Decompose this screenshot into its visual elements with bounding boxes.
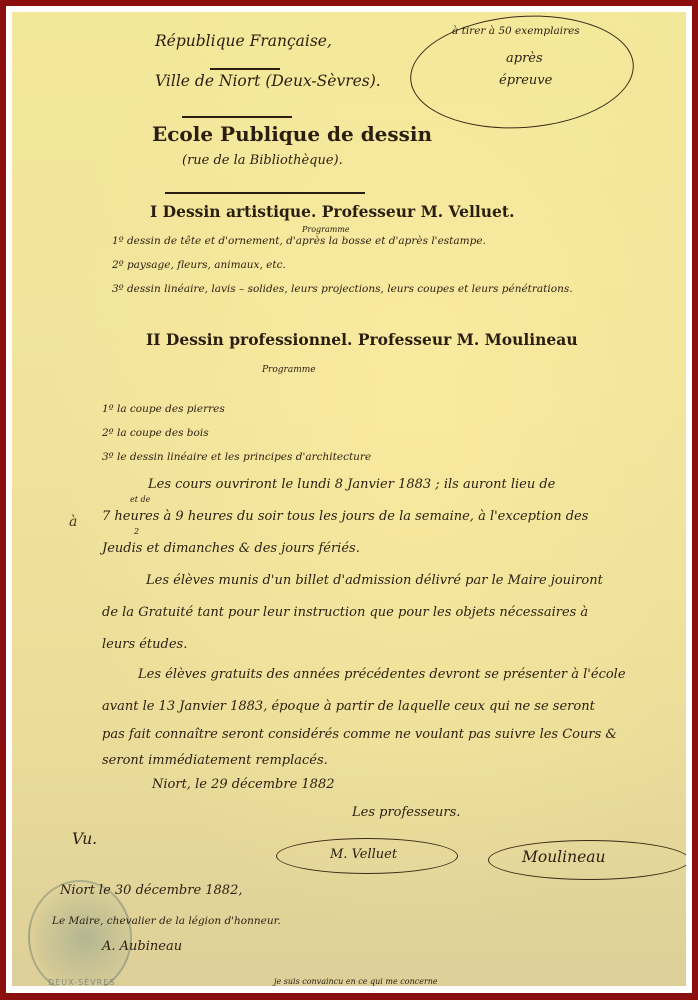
section-1-item: 2º paysage, fleurs, animaux, etc.: [112, 260, 286, 271]
divider: [210, 68, 280, 70]
paragraph-line: Jeudis et dimanches & des jours fériés.: [102, 542, 360, 555]
dateline: Niort, le 29 décembre 1882: [152, 778, 334, 791]
paragraph-line: Les élèves gratuits des années précédent…: [138, 668, 626, 681]
signature-velluet: M. Velluet: [330, 848, 397, 861]
paragraph-line: de la Gratuité tant pour leur instructio…: [102, 606, 588, 619]
footer-note: je suis convaincu en ce qui me concerne: [274, 978, 438, 986]
section-2-item: 3º le dessin linéaire et les principes d…: [102, 452, 371, 463]
divider: [182, 116, 292, 118]
section-2-heading: II Dessin professionnel. Professeur M. M…: [146, 332, 578, 348]
section-1-programme-label: Programme: [302, 226, 350, 234]
signature-moulineau: Moulineau: [522, 850, 605, 866]
paragraph-line: pas fait connaître seront considérés com…: [102, 728, 617, 741]
section-2-item: 2º la coupe des bois: [102, 428, 209, 439]
section-2-item: 1º la coupe des pierres: [102, 404, 225, 415]
insertion-mark: 2: [134, 528, 139, 536]
paragraph-line: seront immédiatement remplacés.: [102, 754, 328, 767]
insertion-mark: et de: [130, 496, 150, 504]
document-frame: République Française, Ville de Niort (De…: [0, 0, 698, 1000]
paragraph-line: avant le 13 Janvier 1883, époque à parti…: [102, 700, 595, 713]
header-town: Ville de Niort (Deux-Sèvres).: [155, 74, 381, 90]
paragraph-line: 7 heures à 9 heures du soir tous les jou…: [102, 510, 588, 523]
section-1-item: 3º dessin linéaire, lavis – solides, leu…: [112, 284, 573, 295]
school-address: (rue de la Bibliothèque).: [182, 154, 343, 167]
divider: [165, 192, 365, 194]
header-republic: République Française,: [155, 34, 332, 50]
section-2-programme-label: Programme: [262, 366, 316, 375]
annotation-line-2: après: [506, 52, 543, 65]
mayor-signature: A. Aubineau: [102, 940, 182, 953]
approval-vu: Vu.: [72, 832, 97, 848]
approval-title: Le Maire, chevalier de la légion d'honne…: [52, 916, 281, 927]
approval-date: Niort le 30 décembre 1882,: [60, 884, 242, 897]
school-title: Ecole Publique de dessin: [152, 124, 432, 144]
annotation-line-3: épreuve: [499, 74, 552, 87]
signatory-label: Les professeurs.: [352, 806, 460, 819]
section-1-item: 1º dessin de tête et d'ornement, d'après…: [112, 236, 486, 247]
paragraph-line: Les cours ouvriront le lundi 8 Janvier 1…: [148, 478, 555, 491]
section-1-heading: I Dessin artistique. Professeur M. Vellu…: [150, 204, 514, 220]
paragraph-line: leurs études.: [102, 638, 187, 651]
manuscript-page: République Française, Ville de Niort (De…: [12, 12, 686, 986]
margin-note: à: [69, 514, 77, 530]
annotation-line-1: à tirer à 50 exemplaires: [452, 26, 580, 37]
stamp-text: DEUX-SÈVRES: [48, 978, 115, 986]
paragraph-line: Les élèves munis d'un billet d'admission…: [146, 574, 603, 587]
